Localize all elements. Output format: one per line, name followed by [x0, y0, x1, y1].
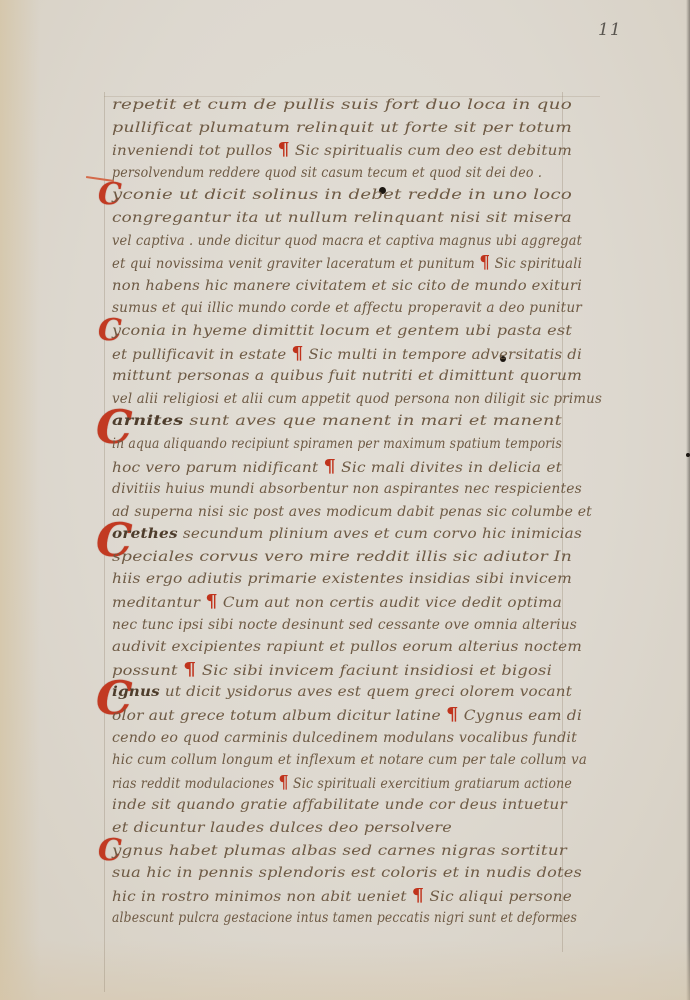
- line-text: hoc vero parum nidificant: [112, 460, 318, 476]
- page-edge-stain-left: [0, 0, 40, 1000]
- line-text: hic in rostro minimos non abit ueniet: [112, 889, 407, 905]
- paragraph-mark-icon: ¶: [412, 885, 425, 906]
- line-text: inveniendi tot pullos: [112, 143, 273, 159]
- paragraph-mark-icon: ¶: [323, 456, 336, 477]
- text-line: albescunt pulcra gestacione intus tamen …: [112, 907, 602, 930]
- text-line: olor aut grece totum album dicitur latin…: [112, 704, 602, 727]
- line-text: meditantur: [112, 595, 200, 611]
- line-text-continuation: Cygnus eam di: [464, 708, 582, 724]
- line-text: sua hic in pennis splendoris est coloris…: [112, 865, 582, 881]
- text-line: vel captiva . unde dicitur quod macra et…: [112, 230, 602, 253]
- line-text: ad superna nisi sic post aves modicum da…: [112, 504, 592, 520]
- text-line: hoc vero parum nidificant ¶ Sic mali div…: [112, 456, 602, 479]
- text-line: Cyconie ut dicit solinus in debet redde …: [112, 184, 602, 207]
- text-line: in aqua aliquando recipiunt spiramen per…: [112, 433, 602, 456]
- text-line: audivit excipientes rapiunt et pullos eo…: [112, 636, 602, 659]
- line-text: ut dicit ysidorus aves est quem greci ol…: [165, 684, 572, 700]
- line-text-continuation: Sic spiritualis cum deo est debitum: [295, 143, 572, 159]
- line-text: audivit excipientes rapiunt et pullos eo…: [112, 639, 582, 655]
- line-text-continuation: Sic aliqui persone: [429, 889, 572, 905]
- text-line: hiis ergo adiutis primarie existentes in…: [112, 568, 602, 591]
- line-text: olor aut grece totum album dicitur latin…: [112, 708, 441, 724]
- line-text: repetit et cum de pullis suis fort duo l…: [112, 97, 572, 113]
- line-text: nec tunc ipsi sibi nocte desinunt sed ce…: [112, 617, 577, 633]
- line-text: hic cum collum longum et inflexum et not…: [112, 752, 587, 768]
- paragraph-mark-icon: ¶: [479, 252, 490, 273]
- text-line: speciales corvus vero mire reddit illis …: [112, 546, 602, 569]
- line-text: non habens hic manere civitatem et sic c…: [112, 278, 582, 294]
- line-text: secundum plinium aves et cum corvo hic i…: [183, 526, 582, 542]
- ink-blot: [686, 453, 690, 457]
- text-line: vel alii religiosi et alii cum appetit q…: [112, 388, 602, 411]
- text-line: possunt ¶ Sic sibi invicem faciunt insid…: [112, 659, 602, 682]
- text-line: hic cum collum longum et inflexum et not…: [112, 749, 602, 772]
- text-line: inde sit quando gratie affabilitate unde…: [112, 794, 602, 817]
- manuscript-page: 11 repetit et cum de pullis suis fort du…: [0, 0, 690, 1000]
- text-line: Cignus ut dicit ysidorus aves est quem g…: [112, 681, 602, 704]
- line-text: in aqua aliquando recipiunt spiramen per…: [112, 436, 562, 452]
- line-text: speciales corvus vero mire reddit illis …: [112, 549, 572, 565]
- text-line: meditantur ¶ Cum aut non certis audit vi…: [112, 591, 602, 614]
- line-text: vel alii religiosi et alii cum appetit q…: [112, 391, 602, 407]
- text-line: sua hic in pennis splendoris est coloris…: [112, 862, 602, 885]
- text-line: persolvendum reddere quod sit casum tecu…: [112, 162, 602, 185]
- paragraph-mark-icon: ¶: [279, 772, 289, 793]
- text-line: congregantur ita ut nullum relinquant ni…: [112, 207, 602, 230]
- text-line: inveniendi tot pullos ¶ Sic spiritualis …: [112, 139, 602, 162]
- line-text-continuation: Sic spirituali exercitium gratiarum acti…: [293, 776, 572, 792]
- text-line: et qui novissima venit graviter laceratu…: [112, 252, 602, 275]
- line-text: et pullificavit in estate: [112, 347, 286, 363]
- text-line: cendo eo quod carminis dulcedinem modula…: [112, 727, 602, 750]
- rubric-heading-word: arnites: [112, 413, 184, 429]
- text-line: Carnites sunt aves que manent in mari et…: [112, 410, 602, 433]
- text-line: pullificat plumatum relinquit ut forte s…: [112, 117, 602, 140]
- text-line: repetit et cum de pullis suis fort duo l…: [112, 94, 602, 117]
- rubric-heading-word: ignus: [112, 684, 160, 700]
- line-text: et dicuntur laudes dulces deo persolvere: [112, 820, 452, 836]
- line-text-continuation: Sic spirituali: [495, 256, 582, 272]
- paragraph-mark-icon: ¶: [291, 343, 303, 364]
- text-line: Cygnus habet plumas albas sed carnes nig…: [112, 840, 602, 863]
- page-edge-right: [686, 0, 690, 1000]
- text-line: hic in rostro minimos non abit ueniet ¶ …: [112, 885, 602, 908]
- line-text-continuation: Sic multi in tempore adversitatis di: [308, 347, 582, 363]
- text-line: nec tunc ipsi sibi nocte desinunt sed ce…: [112, 614, 602, 637]
- line-text-continuation: Sic sibi invicem faciunt insidiosi et bi…: [202, 663, 552, 679]
- line-text: rias reddit modulaciones: [112, 776, 274, 792]
- line-text-continuation: Sic mali divites in delicia et: [341, 460, 562, 476]
- line-text: vel captiva . unde dicitur quod macra et…: [112, 233, 582, 249]
- line-text: congregantur ita ut nullum relinquant ni…: [112, 210, 572, 226]
- line-text: mittunt personas a quibus fuit nutriti e…: [112, 368, 582, 384]
- line-text: pullificat plumatum relinquit ut forte s…: [112, 120, 572, 136]
- line-text: yconie ut dicit solinus in debet redde i…: [112, 187, 572, 203]
- line-text: hiis ergo adiutis primarie existentes in…: [112, 571, 572, 587]
- paragraph-mark-icon: ¶: [446, 704, 459, 725]
- line-text: sunt aves que manent in mari et manent: [189, 413, 562, 429]
- main-text-column: repetit et cum de pullis suis fort duo l…: [112, 94, 602, 930]
- line-text: divitiis huius mundi absorbentur non asp…: [112, 481, 582, 497]
- text-line: mittunt personas a quibus fuit nutriti e…: [112, 365, 602, 388]
- paragraph-mark-icon: ¶: [183, 659, 196, 680]
- text-line: sumus et qui illic mundo corde et affect…: [112, 297, 602, 320]
- text-line: non habens hic manere civitatem et sic c…: [112, 275, 602, 298]
- text-line: ad superna nisi sic post aves modicum da…: [112, 501, 602, 524]
- line-text: inde sit quando gratie affabilitate unde…: [112, 797, 567, 813]
- folio-number: 11: [598, 20, 622, 40]
- line-text: cendo eo quod carminis dulcedinem modula…: [112, 730, 577, 746]
- text-line: divitiis huius mundi absorbentur non asp…: [112, 478, 602, 501]
- text-line: Cyconia in hyeme dimittit locum et gente…: [112, 320, 602, 343]
- line-text: albescunt pulcra gestacione intus tamen …: [112, 910, 577, 926]
- text-line: rias reddit modulaciones ¶ Sic spiritual…: [112, 772, 602, 795]
- text-line: Corethes secundum plinium aves et cum co…: [112, 523, 602, 546]
- paragraph-mark-icon: ¶: [278, 139, 290, 160]
- line-text: et qui novissima venit graviter laceratu…: [112, 256, 475, 272]
- text-line: et pullificavit in estate ¶ Sic multi in…: [112, 343, 602, 366]
- line-text: persolvendum reddere quod sit casum tecu…: [112, 165, 542, 181]
- text-line: et dicuntur laudes dulces deo persolvere: [112, 817, 602, 840]
- line-text: sumus et qui illic mundo corde et affect…: [112, 300, 582, 316]
- line-text: ygnus habet plumas albas sed carnes nigr…: [112, 843, 567, 859]
- line-text-continuation: Cum aut non certis audit vice dedit opti…: [223, 595, 562, 611]
- rubric-heading-word: orethes: [112, 526, 178, 542]
- paragraph-mark-icon: ¶: [205, 591, 217, 612]
- line-text: yconia in hyeme dimittit locum et gentem…: [112, 323, 572, 339]
